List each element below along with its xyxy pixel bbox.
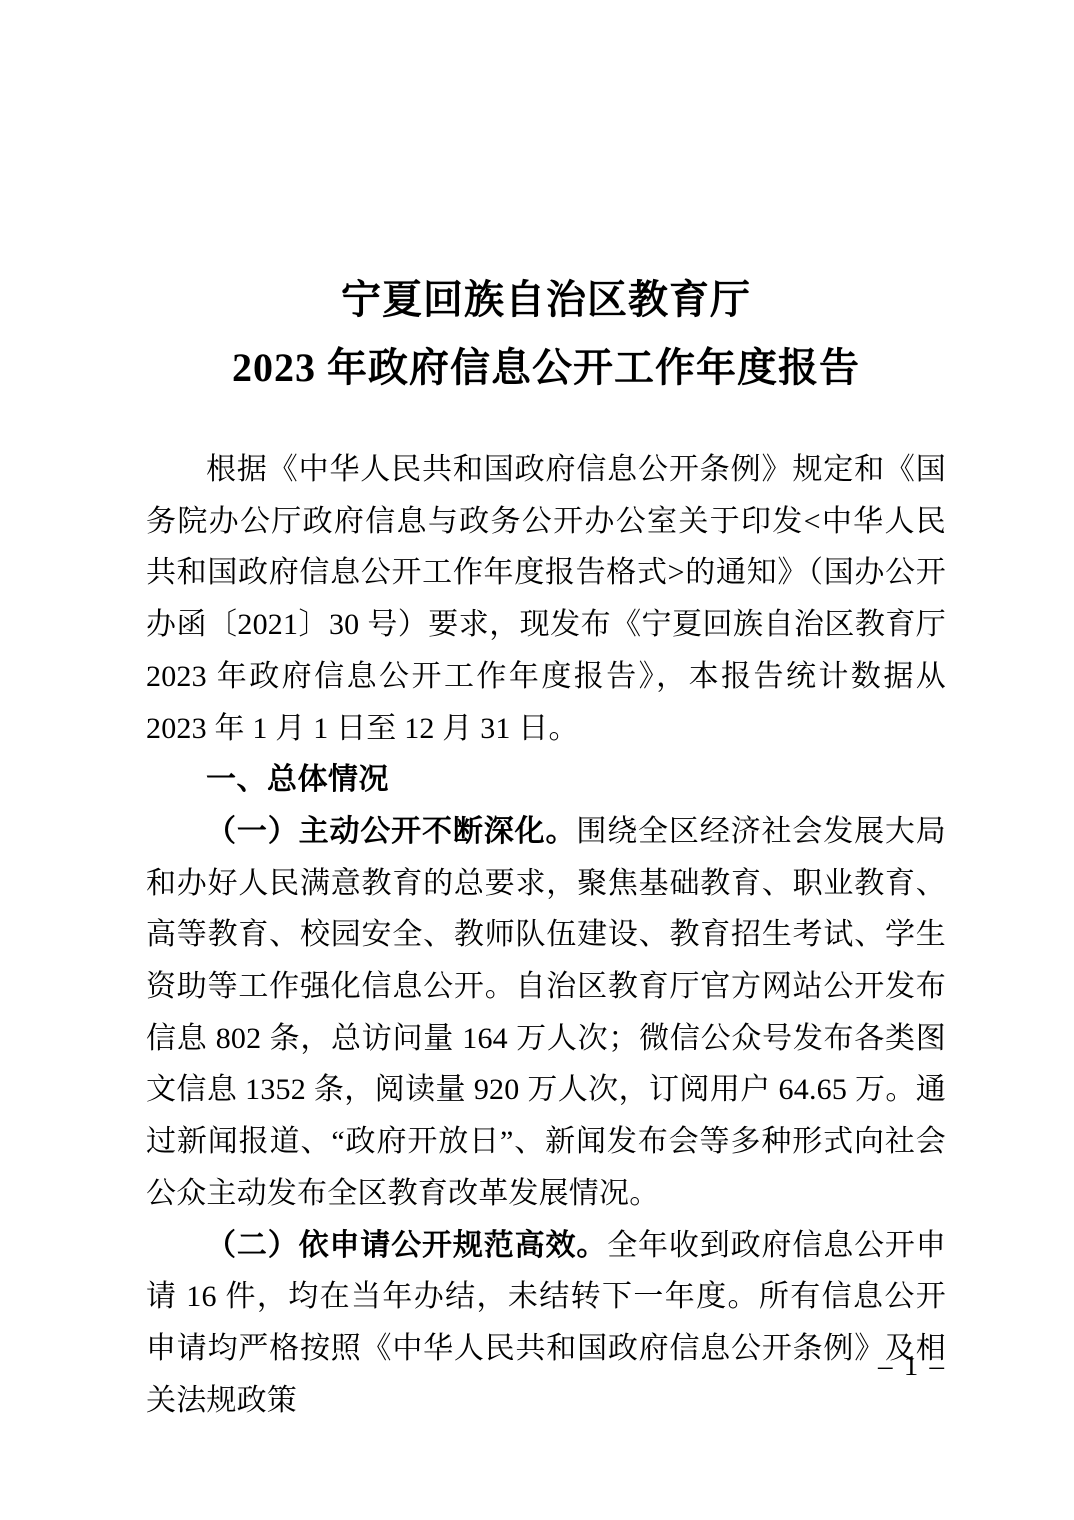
intro-paragraph: 根据《中华人民共和国政府信息公开条例》规定和《国务院办公厅政府信息与政务公开办公… (146, 444, 946, 754)
paragraph-proactive-disclosure-body: 围绕全区经济社会发展大局和办好人民满意教育的总要求，聚焦基础教育、职业教育、高等… (146, 815, 946, 1210)
paragraph-proactive-disclosure-lead: （一）主动公开不断深化。 (206, 815, 576, 848)
document-title-line-1: 宁夏回族自治区教育厅 (146, 266, 946, 334)
document-body: 根据《中华人民共和国政府信息公开条例》规定和《国务院办公厅政府信息与政务公开办公… (146, 444, 946, 1426)
paragraph-request-disclosure-lead: （二）依申请公开规范高效。 (206, 1229, 607, 1262)
section-heading-overall-situation: 一、总体情况 (146, 754, 946, 806)
page-content: 宁夏回族自治区教育厅 2023 年政府信息公开工作年度报告 根据《中华人民共和国… (146, 266, 946, 1426)
document-title: 宁夏回族自治区教育厅 2023 年政府信息公开工作年度报告 (146, 266, 946, 402)
document-page: 宁夏回族自治区教育厅 2023 年政府信息公开工作年度报告 根据《中华人民共和国… (0, 0, 1074, 1520)
page-number: – 1 – (146, 1350, 946, 1383)
paragraph-proactive-disclosure: （一）主动公开不断深化。围绕全区经济社会发展大局和办好人民满意教育的总要求，聚焦… (146, 806, 946, 1220)
paragraph-request-disclosure: （二）依申请公开规范高效。全年收到政府信息公开申请 16 件，均在当年办结，未结… (146, 1220, 946, 1427)
document-title-line-2: 2023 年政府信息公开工作年度报告 (146, 334, 946, 402)
